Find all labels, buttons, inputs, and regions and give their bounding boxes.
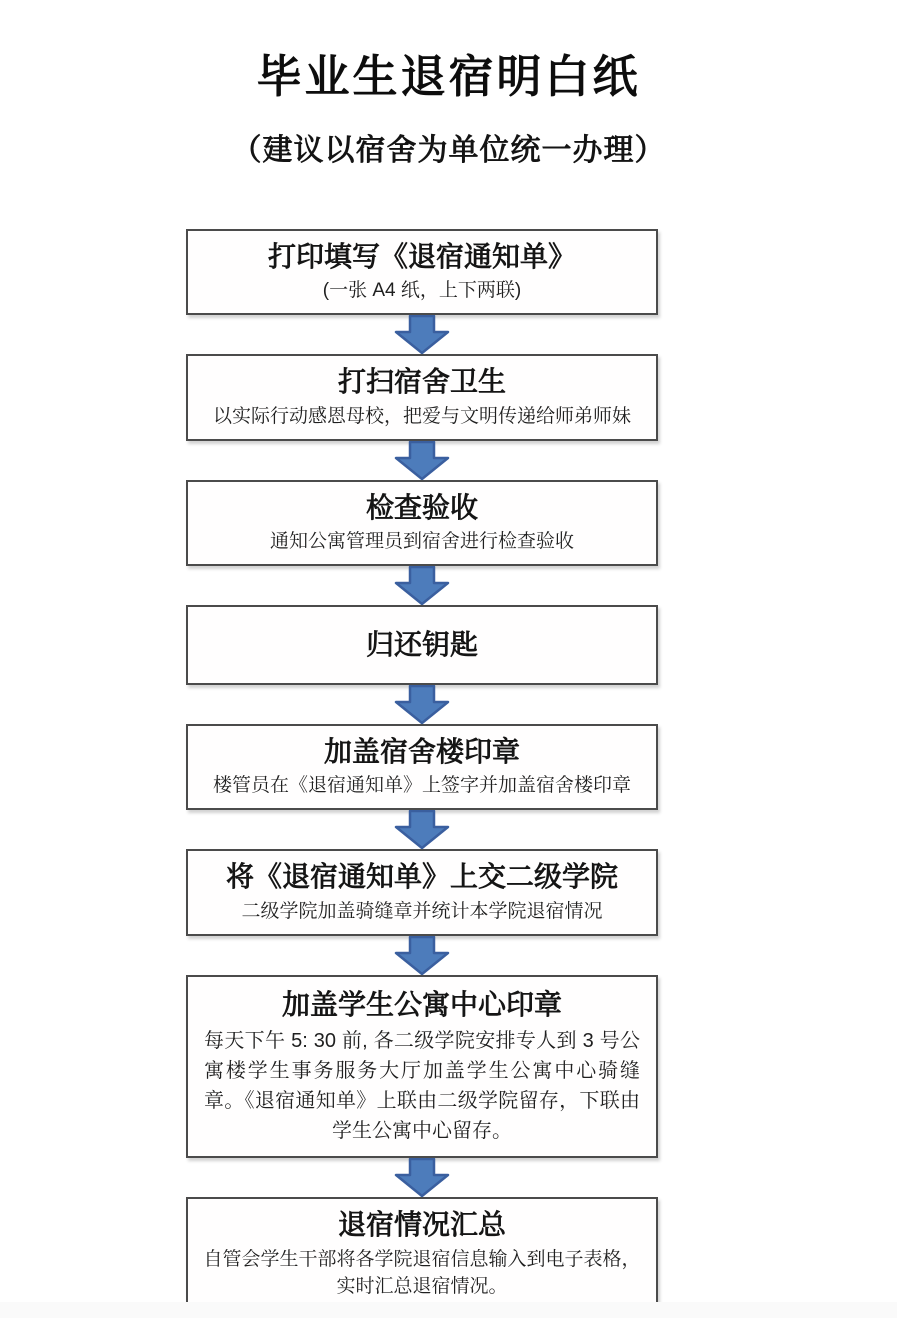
step-desc: 二级学院加盖骑缝章并统计本学院退宿情况 [202, 899, 642, 926]
step-title: 加盖学生公寓中心印章 [204, 987, 640, 1023]
footer-band [0, 1302, 897, 1318]
down-arrow-icon [186, 936, 658, 975]
step-title: 归还钥匙 [202, 627, 642, 663]
down-arrow-icon [186, 315, 658, 354]
step-title: 将《退宿通知单》上交二级学院 [202, 859, 642, 895]
step-desc: 楼管员在《退宿通知单》上签字并加盖宿舍楼印章 [202, 773, 642, 800]
step-return-keys: 归还钥匙 [186, 605, 658, 685]
step-inspection: 检查验收 通知公寓管理员到宿舍进行检查验收 [186, 480, 658, 566]
down-arrow-icon [186, 810, 658, 849]
step-desc: 自管会学生干部将各学院退宿信息输入到电子表格，实时汇总退宿情况。 [202, 1247, 642, 1301]
step-title: 检查验收 [202, 490, 642, 526]
flowchart: 打印填写《退宿通知单》 (一张 A4 纸，上下两联) 打扫宿舍卫生 以实际行动感… [186, 229, 658, 1311]
page-title: 毕业生退宿明白纸 [0, 40, 897, 105]
step-title: 加盖宿舍楼印章 [202, 734, 642, 770]
step-dorm-building-stamp: 加盖宿舍楼印章 楼管员在《退宿通知单》上签字并加盖宿舍楼印章 [186, 724, 658, 810]
step-clean-dorm: 打扫宿舍卫生 以实际行动感恩母校，把爱与文明传递给师弟师妹 [186, 354, 658, 440]
step-desc: (一张 A4 纸，上下两联) [202, 278, 642, 305]
step-title: 退宿情况汇总 [202, 1207, 642, 1243]
down-arrow-icon [186, 566, 658, 605]
step-submit-to-college: 将《退宿通知单》上交二级学院 二级学院加盖骑缝章并统计本学院退宿情况 [186, 849, 658, 935]
step-desc: 以实际行动感恩母校，把爱与文明传递给师弟师妹 [202, 404, 642, 431]
step-desc: 每天下午 5: 30 前, 各二级学院安排专人到 3 号公寓楼学生事务服务大厅加… [204, 1026, 640, 1146]
page-subtitle: （建议以宿舍为单位统一办理） [0, 125, 897, 169]
down-arrow-icon [186, 1158, 658, 1197]
step-title: 打印填写《退宿通知单》 [202, 239, 642, 275]
step-apartment-center-stamp: 加盖学生公寓中心印章 每天下午 5: 30 前, 各二级学院安排专人到 3 号公… [186, 975, 658, 1158]
document-header: 毕业生退宿明白纸 （建议以宿舍为单位统一办理） [0, 0, 897, 169]
step-desc: 通知公寓管理员到宿舍进行检查验收 [202, 529, 642, 556]
down-arrow-icon [186, 441, 658, 480]
down-arrow-icon [186, 685, 658, 724]
step-title: 打扫宿舍卫生 [202, 364, 642, 400]
step-checkout-summary: 退宿情况汇总 自管会学生干部将各学院退宿信息输入到电子表格，实时汇总退宿情况。 [186, 1197, 658, 1310]
step-print-notice: 打印填写《退宿通知单》 (一张 A4 纸，上下两联) [186, 229, 658, 315]
